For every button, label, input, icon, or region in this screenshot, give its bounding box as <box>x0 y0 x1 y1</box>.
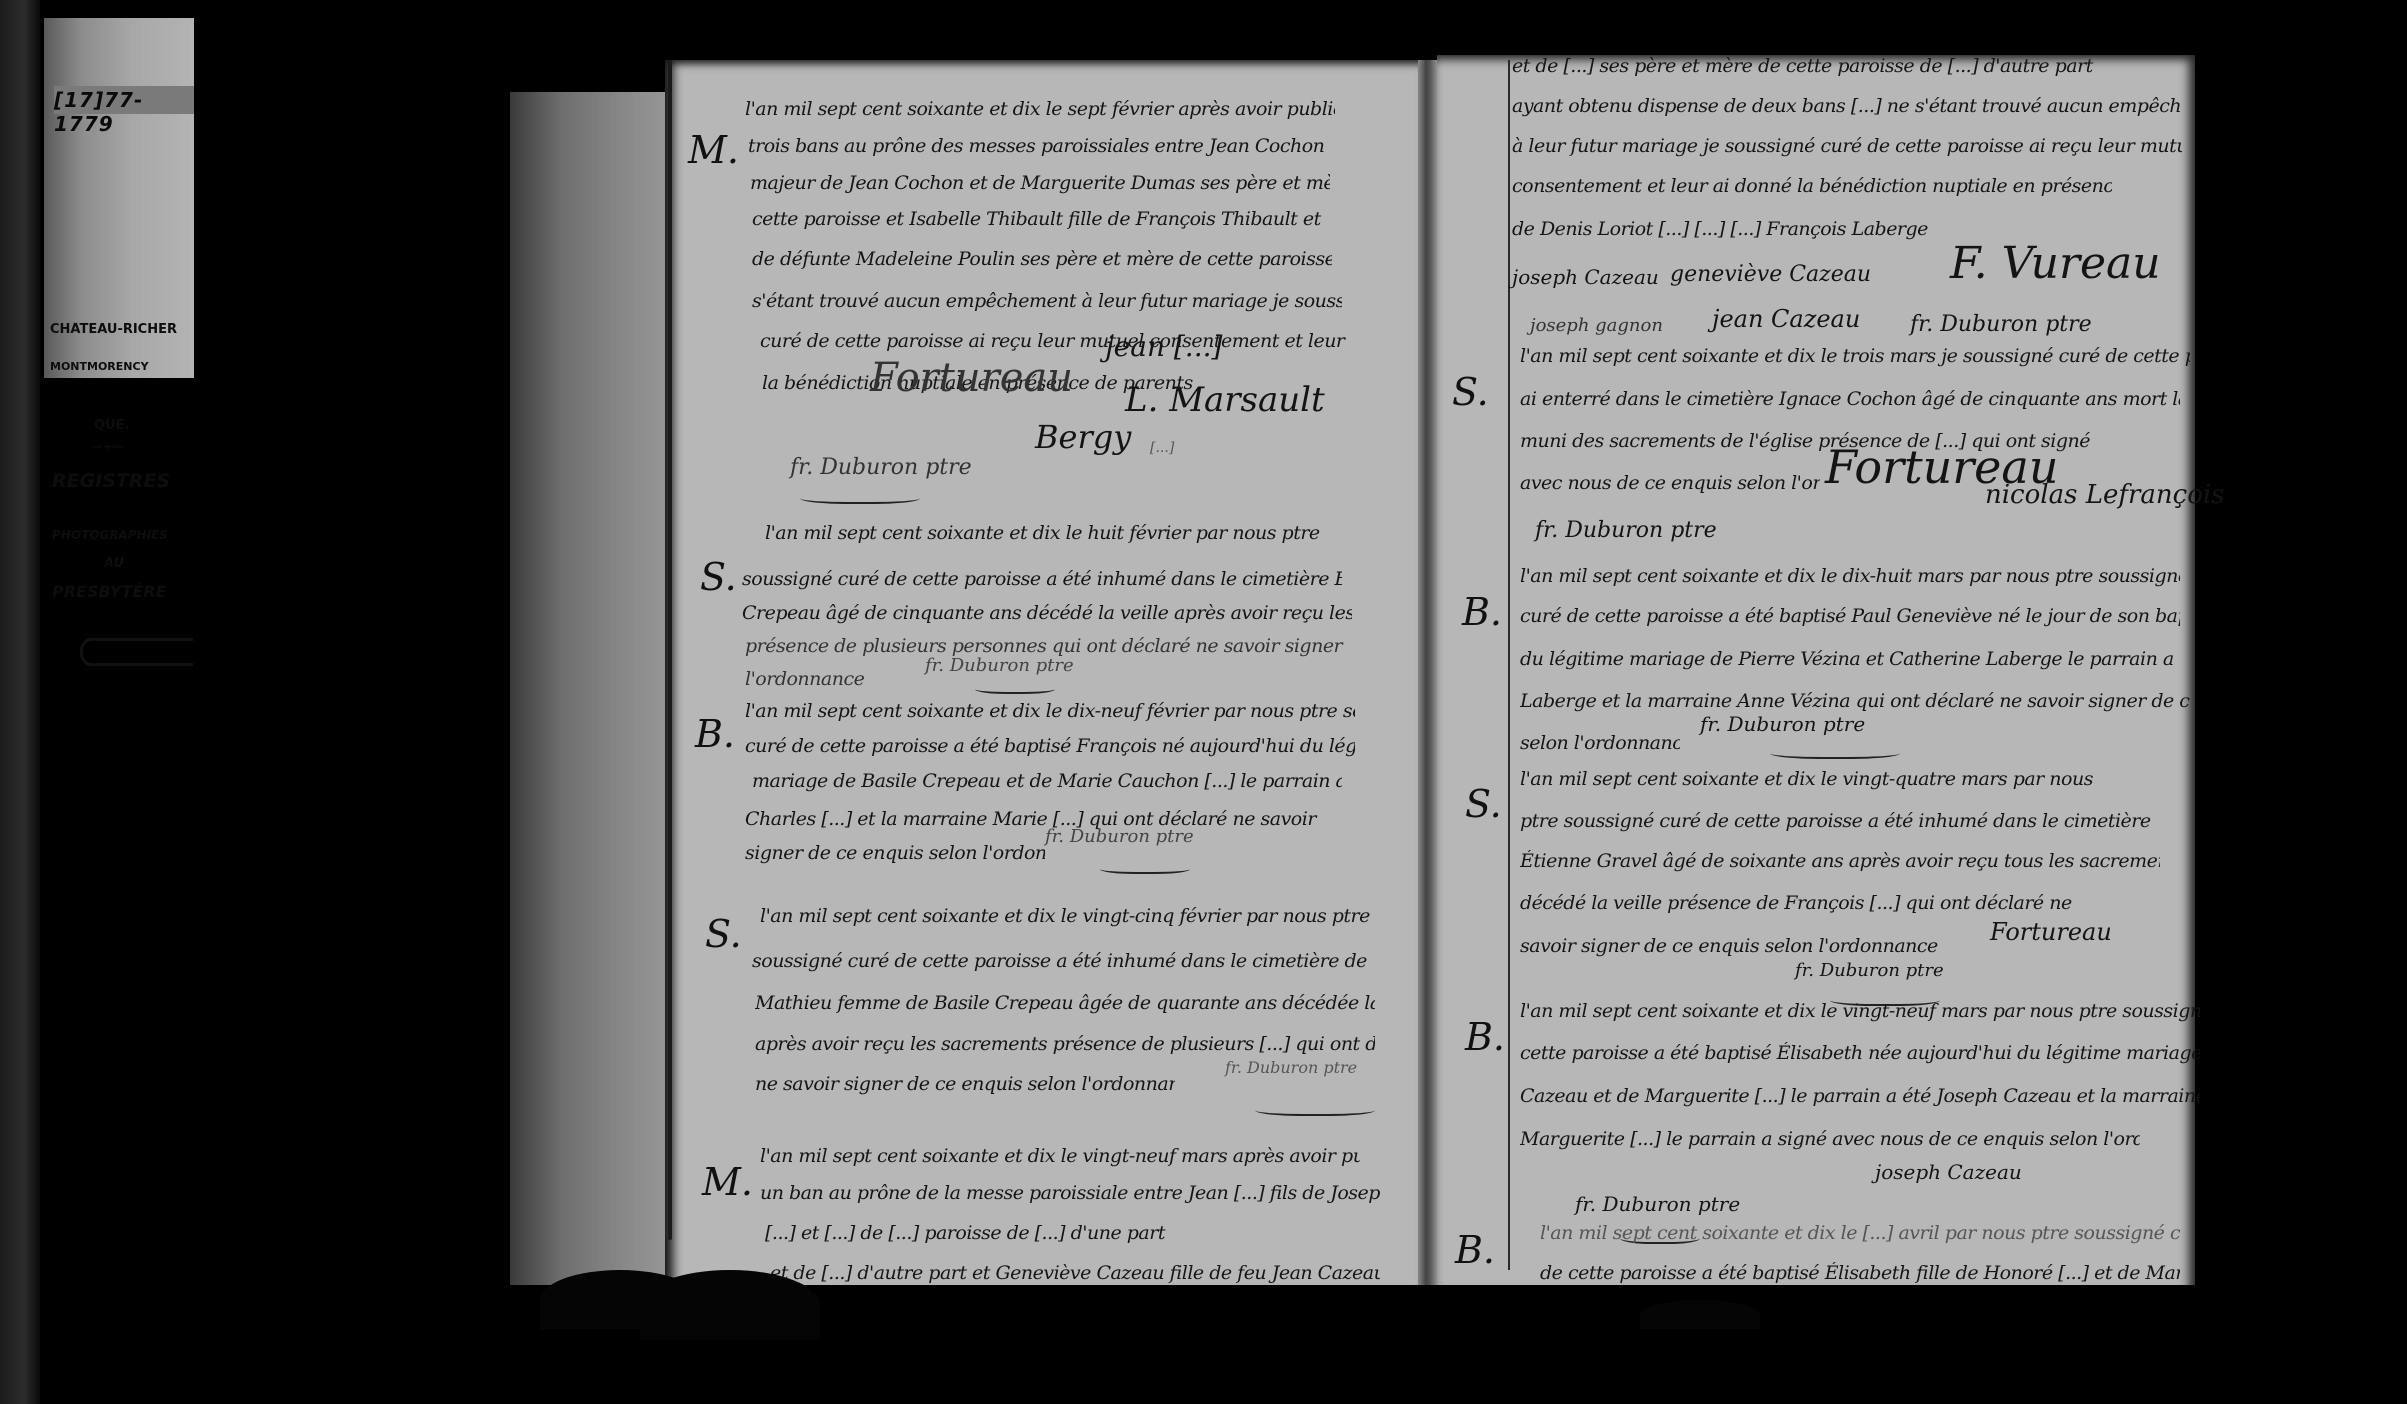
priest-signature: fr. Duburon ptre <box>1045 826 1194 847</box>
paperclip-icon <box>80 638 193 666</box>
entry-line: l'an mil sept cent soixante et dix le vi… <box>760 905 1380 927</box>
signature: joseph gagnon <box>1530 315 1663 336</box>
entry-line: l'an mil sept cent soixante et dix le se… <box>745 98 1335 120</box>
entry-line: l'an mil sept cent soixante et dix le hu… <box>765 522 1345 544</box>
entry-type-burial: S. <box>705 912 742 956</box>
signature: F. Vureau <box>1950 238 2161 289</box>
signature: nicolas Lefrançois <box>1985 480 2225 510</box>
signature: joseph Cazeau <box>1875 1160 2022 1184</box>
entry-line: signer de ce enquis selon l'ordonnance <box>745 842 1045 864</box>
entry-type-marriage: M. <box>702 1160 753 1204</box>
entry-line: Étienne Gravel âgé de soixante ans après… <box>1520 850 2160 872</box>
signature: Fortureau <box>1990 918 2112 946</box>
entry-line: l'ordonnance. <box>745 668 865 690</box>
entry-line: ne savoir signer de ce enquis selon l'or… <box>755 1073 1175 1095</box>
entry-type-baptism: B. <box>1465 1015 1505 1059</box>
film-edge <box>0 0 40 1404</box>
label-line-presbytere: PRESBYTÈRE <box>52 582 194 601</box>
year-range-text: [17]77-1779 <box>54 88 192 136</box>
label-line-registres: REGISTRES <box>52 470 194 492</box>
entry-line: ayant obtenu dispense de deux bans [...]… <box>1512 95 2182 117</box>
priest-signature: fr. Duburon ptre <box>925 655 1074 676</box>
signature: jean [...] <box>1105 330 1222 363</box>
priest-signature: fr. Duburon ptre <box>790 455 972 480</box>
entry-line: l'an mil sept cent soixante et dix le di… <box>745 700 1355 722</box>
entry-line: savoir signer de ce enquis selon l'ordon… <box>1520 935 1980 957</box>
entry-line: s'étant trouvé aucun empêchement à leur … <box>752 290 1342 312</box>
label-line-province: QUÉ. <box>94 418 154 433</box>
entry-line: et de [...] d'autre part et Geneviève Ca… <box>770 1262 1380 1284</box>
entry-line: présence de plusieurs personnes qui ont … <box>745 635 1345 657</box>
entry-type-marriage: M. <box>688 128 739 172</box>
entry-line: curé de cette paroisse a été baptisé Fra… <box>745 735 1355 757</box>
priest-signature: fr. Duburon ptre <box>1225 1058 1357 1077</box>
entry-line: trois bans au prône des messes paroissia… <box>748 135 1328 157</box>
entry-line: l'an mil sept cent soixante et dix le vi… <box>1520 1000 2200 1022</box>
signature-flourish <box>1255 1102 1375 1116</box>
entry-line: de Denis Loriot [...] [...] [...] Franço… <box>1512 218 2172 240</box>
entry-type-baptism: B. <box>1455 1228 1495 1272</box>
right-page-margin-rule <box>1508 60 1510 1270</box>
entry-line: et de [...] ses père et mère de cette pa… <box>1512 55 2182 77</box>
entry-line: Crepeau âgé de cinquante ans décédé la v… <box>742 602 1352 624</box>
signature: Bergy <box>1035 418 1131 456</box>
left-page-torn-edge <box>668 60 672 1240</box>
entry-line: ptre soussigné curé de cette paroisse a … <box>1520 810 2160 832</box>
label-divider: —+— <box>92 440 152 453</box>
entry-line: avec nous de ce enquis selon l'ordonnanc… <box>1520 472 1820 494</box>
priest-signature: fr. Duburon ptre <box>1795 960 1944 981</box>
entry-line: un ban au prône de la messe paroissiale … <box>760 1182 1380 1204</box>
signature: [...] <box>1150 440 1174 456</box>
entry-line: [...] et [...] de [...] paroisse de [...… <box>765 1222 1375 1244</box>
label-year-range: [17]77-1779 <box>54 86 194 114</box>
signature: L. Marsault <box>1125 380 1325 420</box>
priest-signature: fr. Duburon ptre <box>1575 1192 1740 1216</box>
entry-line: mariage de Basile Crepeau et de Marie Ca… <box>752 770 1342 792</box>
book-cover-edge <box>510 92 680 1292</box>
entry-type-baptism: B. <box>695 712 735 756</box>
entry-line: du légitime mariage de Pierre Vézina et … <box>1520 648 2180 670</box>
thumb-right <box>1640 1300 1760 1330</box>
entry-line: Mathieu femme de Basile Crepeau âgée de … <box>755 992 1375 1014</box>
entry-line: l'an mil sept cent soixante et dix le vi… <box>760 1145 1360 1167</box>
entry-line: l'an mil sept cent soixante et dix le vi… <box>1520 768 2160 790</box>
entry-line: soussigné curé de cette paroisse a été i… <box>752 950 1372 972</box>
entry-line: décédé la veille présence de François [.… <box>1520 892 2180 914</box>
signature: joseph Cazeau <box>1512 265 1659 289</box>
entry-line: cette paroisse et Isabelle Thibault fill… <box>752 208 1332 230</box>
label-line-au: AU <box>104 556 144 571</box>
entry-line: soussigné curé de cette paroisse a été i… <box>742 568 1342 590</box>
signature-flourish <box>1100 862 1190 874</box>
entry-line: de cette paroisse a été baptisé Élisabet… <box>1540 1262 2180 1284</box>
entry-line: curé de cette paroisse ai reçu leur mutu… <box>760 330 1350 352</box>
entry-line: de défunte Madeleine Poulin ses père et … <box>752 248 1332 270</box>
entry-line: l'an mil sept cent soixante et dix le tr… <box>1520 345 2190 367</box>
entry-line: l'an mil sept cent soixante et dix le [.… <box>1540 1222 2180 1244</box>
signature-flourish <box>975 682 1055 694</box>
signature: jean Cazeau <box>1712 305 1860 333</box>
entry-line: cette paroisse a été baptisé Élisabeth n… <box>1520 1042 2200 1064</box>
label-line-parish: CHÂTEAU-RICHER <box>50 322 192 337</box>
book-gutter <box>1418 60 1438 1290</box>
entry-line: à leur futur mariage je soussigné curé d… <box>1512 135 2182 157</box>
entry-line: selon l'ordonnance. <box>1520 732 1680 754</box>
signature: Fortureau <box>870 355 1073 401</box>
entry-line: curé de cette paroisse a été baptisé Pau… <box>1520 605 2180 627</box>
signature: geneviève Cazeau <box>1670 262 1871 287</box>
signature-flourish <box>800 490 920 504</box>
thumb-left-2 <box>640 1270 820 1340</box>
entry-line: l'an mil sept cent soixante et dix le di… <box>1520 565 2180 587</box>
entry-line: Cazeau et de Marguerite [...] le parrain… <box>1520 1085 2200 1107</box>
entry-line: ai enterré dans le cimetière Ignace Coch… <box>1520 388 2180 410</box>
entry-type-burial: S. <box>1465 782 1502 826</box>
entry-line: après avoir reçu les sacrements présence… <box>755 1033 1375 1055</box>
priest-signature: fr. Duburon ptre <box>1535 518 1717 543</box>
priest-signature: fr. Duburon ptre <box>1910 312 2092 337</box>
entry-line: Laberge et la marraine Anne Vézina qui o… <box>1520 690 2190 712</box>
entry-type-burial: S. <box>1452 370 1489 414</box>
signature-flourish <box>1770 745 1900 759</box>
entry-type-baptism: B. <box>1462 590 1502 634</box>
label-line-county: MONTMORENCY <box>50 360 192 373</box>
entry-line: Marguerite [...] le parrain a signé avec… <box>1520 1128 2140 1150</box>
entry-line: majeur de Jean Cochon et de Marguerite D… <box>750 172 1330 194</box>
priest-signature: fr. Duburon ptre <box>1700 712 1865 736</box>
entry-line: consentement et leur ai donné la bénédic… <box>1512 175 2112 197</box>
label-line-photographies: PHOTOGRAPHIÉS <box>52 528 194 542</box>
entry-type-burial: S. <box>700 555 737 599</box>
